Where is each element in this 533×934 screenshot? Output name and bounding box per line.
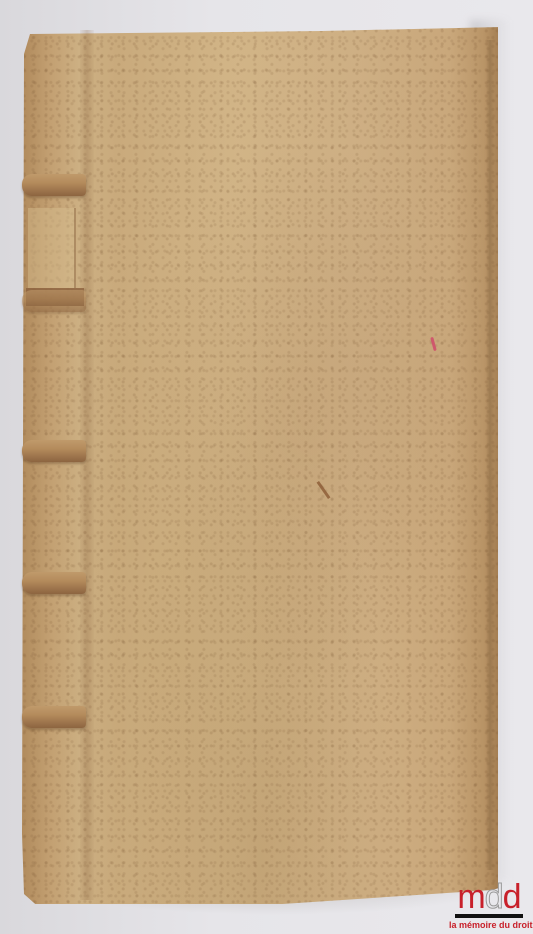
spine-joint [80,30,94,900]
fore-edge-turn-in [486,40,494,870]
spine-label-panel [28,208,76,288]
photo-scene: mdd la mémoire du droit [0,0,533,934]
logo-letter-d: d [503,878,521,916]
logo-tagline: la mémoire du droit [449,920,529,930]
spine-raised-band [22,440,86,462]
vellum-book [0,0,533,934]
spine-raised-band [22,174,86,196]
spine-raised-band [22,290,86,312]
mdd-watermark: mdd la mémoire du droit [449,882,529,930]
logo-letter-d-outline: d [485,878,503,916]
mdd-logo: mdd [449,882,529,912]
spine-raised-band [22,706,86,728]
logo-letter-m: m [457,878,484,916]
spine-raised-band [22,572,86,594]
